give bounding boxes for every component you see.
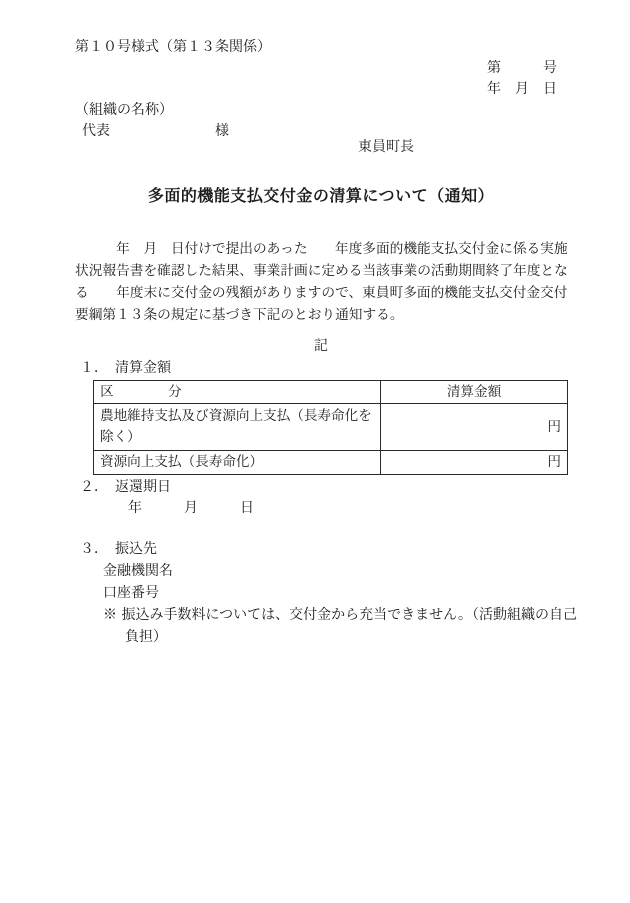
document-number-line: 第 号: [75, 58, 567, 79]
body-line-1: 年 月 日付けで提出のあった 年度多面的機能支払交付金に係る実施: [75, 238, 567, 260]
document-date-line: 年 月 日: [75, 79, 567, 100]
fee-note-line-2: 負担）: [75, 626, 567, 648]
account-number-label: 口座番号: [75, 582, 567, 604]
table-row: 資源向上支払（長寿命化） 円: [94, 451, 568, 475]
body-paragraph: 年 月 日付けで提出のあった 年度多面的機能支払交付金に係る実施 状況報告書を確…: [75, 238, 567, 326]
sender-line: 東員町長: [75, 137, 567, 158]
category-cell: 資源向上支払（長寿命化）: [94, 451, 381, 475]
table-header-row: 区 分 清算金額: [94, 381, 568, 404]
bank-name-label: 金融機関名: [75, 560, 567, 582]
notice-document-page: 第１０号様式（第１３条関係） 第 号 年 月 日 （組織の名称） 代表様 東員町…: [0, 0, 630, 903]
section3-heading: ３． 振込先: [75, 538, 567, 560]
section1-heading: １． 清算金額: [75, 358, 567, 379]
column-header-amount: 清算金額: [381, 381, 568, 404]
body-line-2: 状況報告書を確認した結果、事業計画に定める当該事業の活動期間終了年度とな: [75, 260, 567, 282]
category-cell: 農地維持支払及び資源向上支払（長寿命化を除く）: [94, 404, 381, 451]
document-title: 多面的機能支払交付金の清算について（通知）: [75, 184, 567, 208]
amount-cell: 円: [381, 451, 568, 475]
body-line-3: る 年度末に交付金の残額がありますので、東員町多面的機能支払交付金交付: [75, 282, 567, 304]
body-line-4: 要綱第１３条の規定に基づき下記のとおり通知する。: [75, 304, 567, 326]
sender-name: 東員町長: [358, 139, 414, 155]
table-row: 農地維持支払及び資源向上支払（長寿命化を除く） 円: [94, 404, 568, 451]
section2-date-blanks: 年 月 日: [75, 498, 567, 519]
settlement-amount-table: 区 分 清算金額 農地維持支払及び資源向上支払（長寿命化を除く） 円 資源向上支…: [93, 380, 568, 475]
column-header-category: 区 分: [94, 381, 381, 404]
form-number: 第１０号様式（第１３条関係）: [75, 37, 567, 58]
ki-mark: 記: [75, 336, 567, 357]
amount-cell: 円: [381, 404, 568, 451]
section3: ３． 振込先 金融機関名 口座番号 ※ 振込み手数料については、交付金から充当で…: [75, 538, 567, 648]
organization-name-label: （組織の名称）: [75, 100, 567, 121]
section2-heading: ２． 返還期日: [75, 477, 567, 498]
fee-note-line-1: ※ 振込み手数料については、交付金から充当できません。（活動組織の自己: [75, 604, 567, 626]
